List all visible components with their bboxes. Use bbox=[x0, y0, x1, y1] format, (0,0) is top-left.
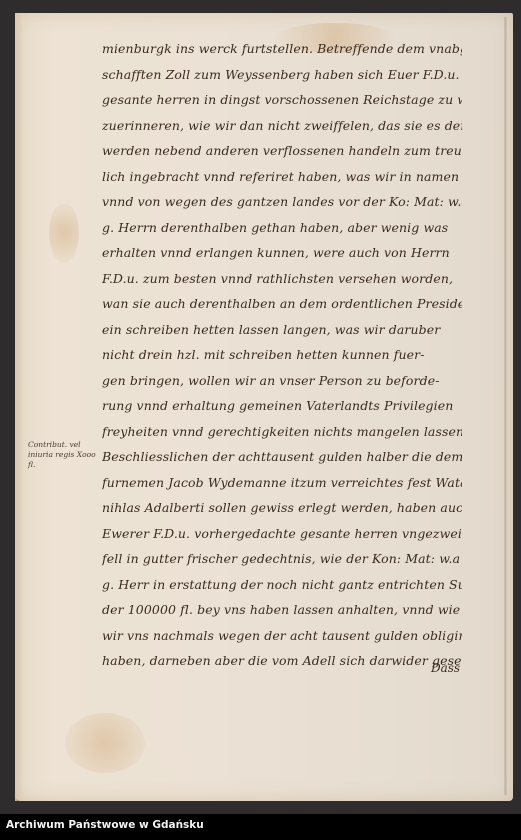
catchword: Dass bbox=[431, 661, 460, 675]
text-line: erhalten vnnd erlangen kunnen, were auch… bbox=[102, 240, 462, 266]
text-line: Beschliesslichen der achttausent gulden … bbox=[102, 444, 462, 470]
text-line: vnnd von wegen des gantzen landes vor de… bbox=[102, 189, 462, 215]
text-line: haben, darneben aber die vom Adell sich … bbox=[102, 648, 462, 674]
text-line: mienburgk ins werck furtstellen. Betreff… bbox=[102, 36, 462, 62]
text-line: der 100000 fl. bey vns haben lassen anha… bbox=[102, 597, 462, 623]
margin-note-line: fl. bbox=[28, 460, 108, 470]
text-line: gesante herren in dingst vorschossenen R… bbox=[102, 87, 462, 113]
text-line: wir vns nachmals wegen der acht tausent … bbox=[102, 623, 462, 649]
text-line: nicht drein hzl. mit schreiben hetten ku… bbox=[102, 342, 462, 368]
paper-stain bbox=[49, 203, 79, 263]
page-edge bbox=[504, 17, 507, 795]
margin-note: Contribut. vel iniuria regis Xooo fl. bbox=[28, 440, 108, 470]
text-line: fell in gutter frischer gedechtnis, wie … bbox=[102, 546, 462, 572]
margin-note-line: iniuria regis Xooo bbox=[28, 450, 108, 460]
handwritten-text: mienburgk ins werck furtstellen. Betreff… bbox=[102, 36, 462, 674]
text-line: nihlas Adalberti sollen gewiss erlegt we… bbox=[102, 495, 462, 521]
text-line: furnemen Jacob Wydemanne itzum verreicht… bbox=[102, 470, 462, 496]
scan-viewer: mienburgk ins werck furtstellen. Betreff… bbox=[0, 0, 521, 814]
text-line: freyheiten vnnd gerechtigkeiten nichts m… bbox=[102, 419, 462, 445]
text-line: gen bringen, wollen wir an vnser Person … bbox=[102, 368, 462, 394]
text-line: F.D.u. zum besten vnnd rathlichsten vers… bbox=[102, 266, 462, 292]
margin-note-line: Contribut. vel bbox=[28, 440, 108, 450]
text-line: Ewerer F.D.u. vorhergedachte gesante her… bbox=[102, 521, 462, 547]
text-line: g. Herrn derenthalben gethan haben, aber… bbox=[102, 215, 462, 241]
text-line: wan sie auch derenthalben an dem ordentl… bbox=[102, 291, 462, 317]
text-line: zuerinneren, wie wir dan nicht zweiffele… bbox=[102, 113, 462, 139]
text-line: werden nebend anderen verflossenen hande… bbox=[102, 138, 462, 164]
text-line: g. Herr in erstattung der noch nicht gan… bbox=[102, 572, 462, 598]
text-line: rung vnnd erhaltung gemeinen Vaterlandts… bbox=[102, 393, 462, 419]
text-line: lich ingebracht vnnd referiret haben, wa… bbox=[102, 164, 462, 190]
paper-stain bbox=[65, 713, 145, 773]
archive-name: Archiwum Państwowe w Gdańsku bbox=[6, 819, 204, 831]
text-line: schafften Zoll zum Weyssenberg haben sic… bbox=[102, 62, 462, 88]
text-line: ein schreiben hetten lassen langen, was … bbox=[102, 317, 462, 343]
footer-bar: Archiwum Państwowe w Gdańsku bbox=[0, 814, 521, 840]
